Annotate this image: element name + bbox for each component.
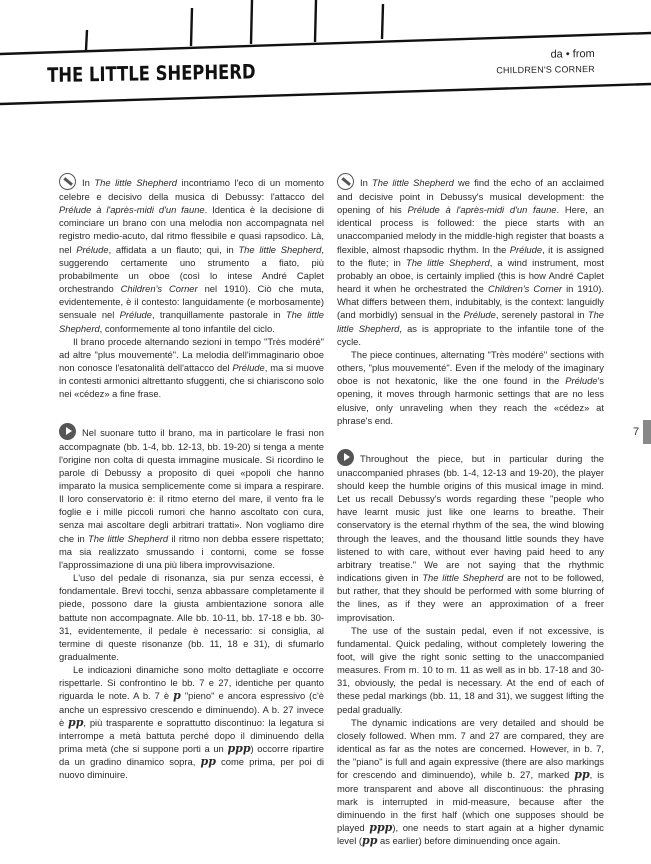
- paragraph: In The little Shepherd we find the echo …: [337, 173, 604, 348]
- paragraph: The dynamic indications are very detaile…: [337, 716, 604, 848]
- dynamic-marking: ppp: [227, 742, 250, 755]
- paragraph: The use of the sustain pedal, even if no…: [337, 624, 604, 716]
- page-title: THE LITTLE SHEPHERD: [47, 59, 256, 87]
- page-edge-tab: [643, 420, 651, 444]
- performance-section-it: Nel suonare tutto il brano, ma in partic…: [59, 423, 324, 782]
- source-prefix: da • from: [496, 48, 595, 61]
- dynamic-marking: pp: [68, 716, 83, 729]
- source-title: CHILDREN'S CORNER: [497, 64, 596, 75]
- notes-section-en: In The little Shepherd we find the echo …: [337, 173, 604, 427]
- dynamic-marking: pp: [201, 755, 216, 768]
- dynamic-marking: p: [173, 689, 181, 702]
- page-number: 7: [633, 426, 639, 438]
- paragraph: The piece continues, alternating "Très m…: [337, 348, 604, 427]
- italian-column: In The little Shepherd incontriamo l'eco…: [59, 173, 324, 804]
- pencil-icon: [59, 173, 76, 190]
- english-column: In The little Shepherd we find the echo …: [337, 173, 604, 864]
- performance-section-en: Throughout the piece, but in particular …: [337, 449, 604, 848]
- pencil-icon: [337, 173, 354, 190]
- source-label: da • from CHILDREN'S CORNER: [496, 48, 595, 75]
- play-icon: [59, 423, 76, 440]
- play-icon: [337, 449, 354, 466]
- paragraph: Il brano procede alternando sezioni in t…: [59, 335, 324, 401]
- page-header: THE LITTLE SHEPHERD da • from CHILDREN'S…: [0, 0, 651, 110]
- dynamic-marking: ppp: [369, 821, 392, 834]
- paragraph: Le indicazioni dinamiche sono molto dett…: [59, 663, 324, 781]
- dynamic-marking: pp: [362, 834, 377, 847]
- dynamic-marking: pp: [574, 768, 589, 781]
- paragraph: In The little Shepherd incontriamo l'eco…: [59, 173, 324, 335]
- paragraph: L'uso del pedale di risonanza, sia pur s…: [59, 571, 324, 663]
- paragraph: Throughout the piece, but in particular …: [337, 449, 604, 624]
- paragraph: Nel suonare tutto il brano, ma in partic…: [59, 423, 324, 572]
- notes-section-it: In The little Shepherd incontriamo l'eco…: [59, 173, 324, 401]
